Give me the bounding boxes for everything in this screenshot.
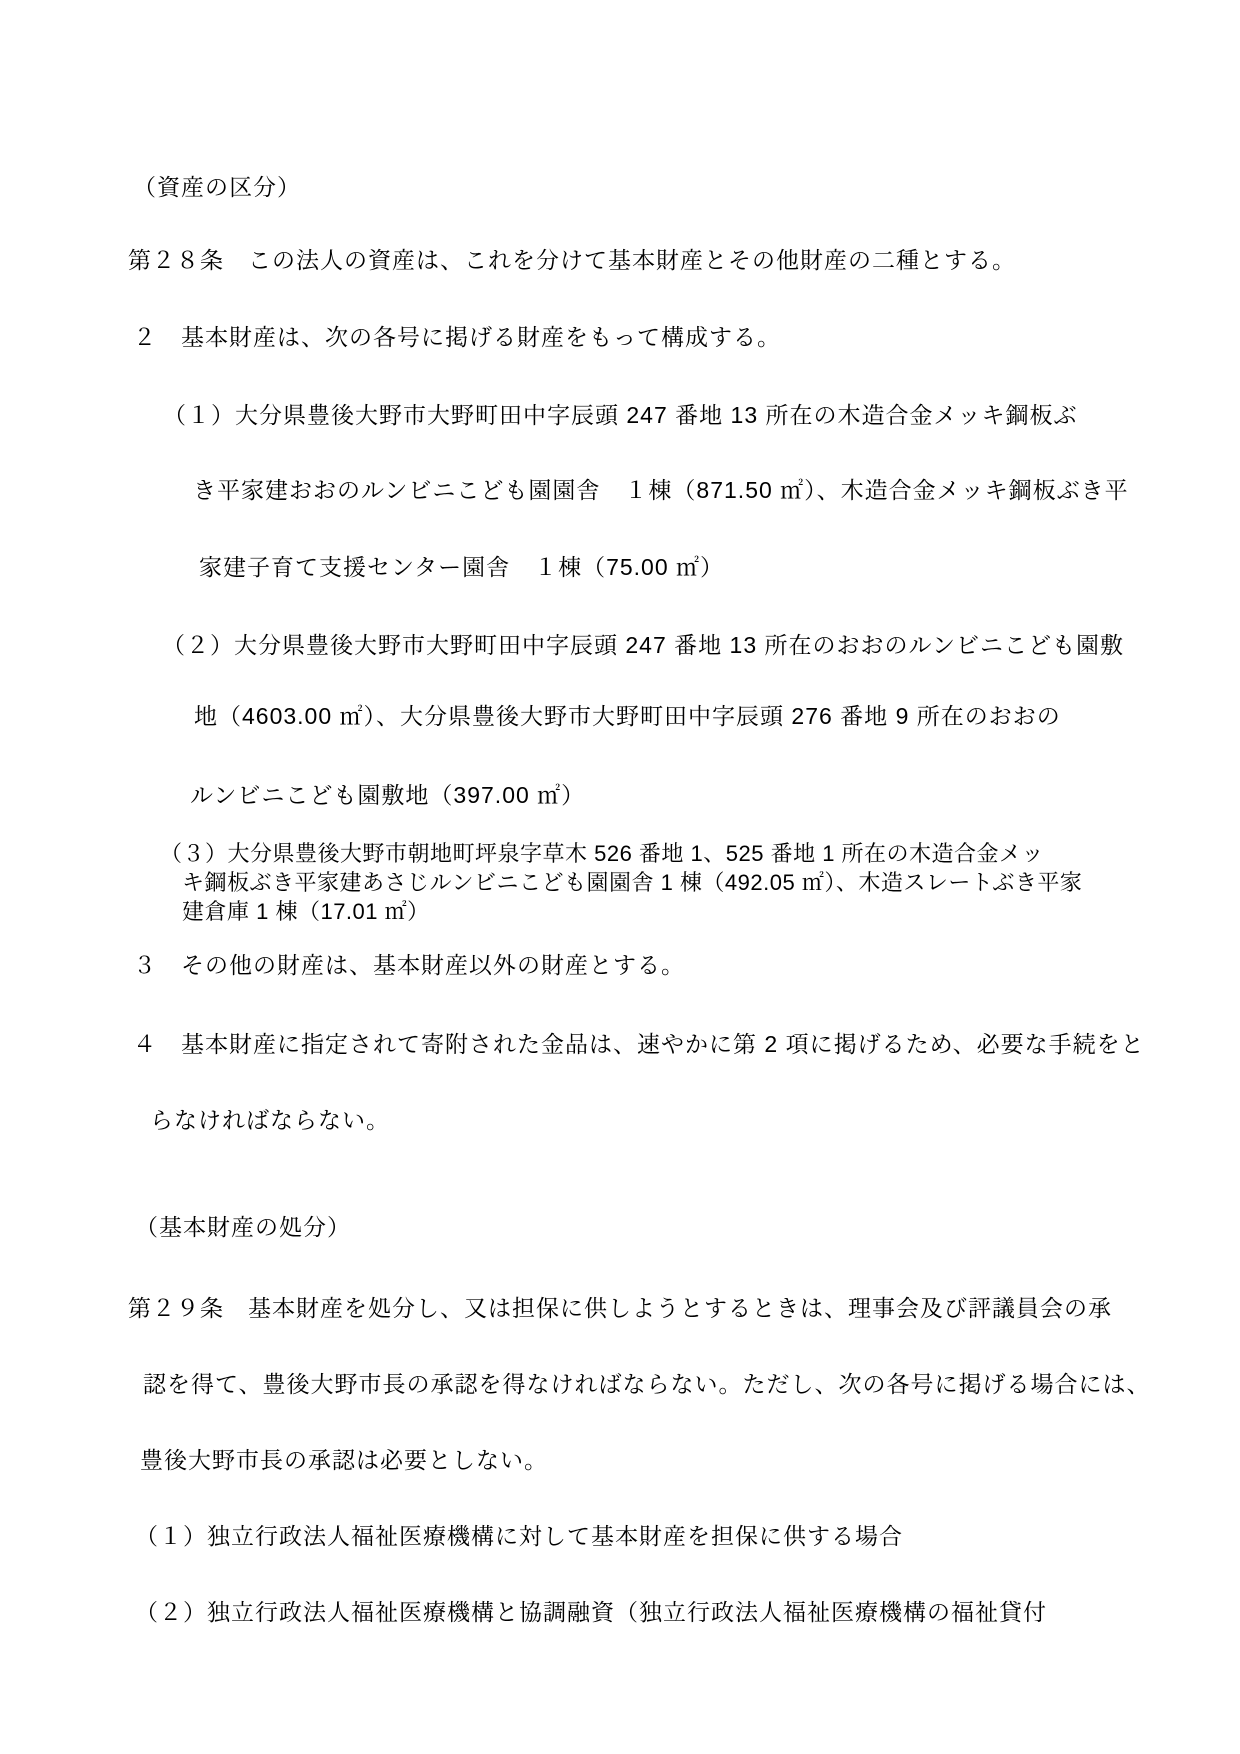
document-page: （資産の区分） 第２８条 この法人の資産は、これを分けて基本財産とその他財産の二…: [0, 0, 1240, 1754]
article-28-para2-item1-line3: 家建子育て支援センター園舎 １棟（75.00 ㎡）: [199, 554, 724, 580]
article-28-para4-line1: ４ 基本財産に指定されて寄附された金品は、速やかに第 2 項に掲げるため、必要な…: [133, 1031, 1145, 1057]
article-28-para2-item3-line1: （３）大分県豊後大野市朝地町坪泉字草木 526 番地 1、525 番地 1 所在…: [160, 841, 1044, 866]
article-28-para2-item2-line2: 地（4603.00 ㎡）、大分県豊後大野市大野町田中字辰頭 276 番地 9 所…: [194, 703, 1061, 729]
heading-basic-asset-disposal: （基本財産の処分）: [135, 1214, 351, 1240]
article-28-para2: ２ 基本財産は、次の各号に掲げる財産をもって構成する。: [133, 324, 781, 350]
article-28-para2-item3-line2: キ鋼板ぶき平家建あさじルンビニこども園園舎 1 棟（492.05 ㎡）、木造スレ…: [182, 870, 1082, 895]
article-29-item1: （１）独立行政法人福祉医療機構に対して基本財産を担保に供する場合: [135, 1523, 903, 1549]
article-28-para3: ３ その他の財産は、基本財産以外の財産とする。: [133, 952, 685, 978]
heading-asset-classification: （資産の区分）: [133, 174, 301, 200]
article-29-main-line3: 豊後大野市長の承認は必要としない。: [140, 1447, 548, 1473]
article-28-para4-line2: らなければならない。: [150, 1107, 390, 1133]
article-29-item2: （２）独立行政法人福祉医療機構と協調融資（独立行政法人福祉医療機構の福祉貸付: [135, 1599, 1047, 1625]
article-28-para2-item1-line1: （１）大分県豊後大野市大野町田中字辰頭 247 番地 13 所在の木造合金メッキ…: [163, 402, 1078, 428]
article-28-para2-item2-line3: ルンビニこども園敷地（397.00 ㎡）: [190, 782, 585, 808]
article-28-para2-item2-line1: （２）大分県豊後大野市大野町田中字辰頭 247 番地 13 所在のおおのルンビニ…: [162, 632, 1124, 658]
article-28-para2-item3-line3: 建倉庫 1 棟（17.01 ㎡）: [182, 899, 430, 924]
article-28-main: 第２８条 この法人の資産は、これを分けて基本財産とその他財産の二種とする。: [128, 247, 1016, 273]
article-29-main-line2: 認を得て、豊後大野市長の承認を得なければならない。ただし、次の各号に掲げる場合に…: [143, 1371, 1151, 1397]
article-28-para2-item1-line2: き平家建おおのルンビニこども園園舎 １棟（871.50 ㎡）、木造合金メッキ鋼板…: [193, 477, 1129, 503]
article-29-main-line1: 第２９条 基本財産を処分し、又は担保に供しようとするときは、理事会及び評議員会の…: [128, 1295, 1112, 1321]
